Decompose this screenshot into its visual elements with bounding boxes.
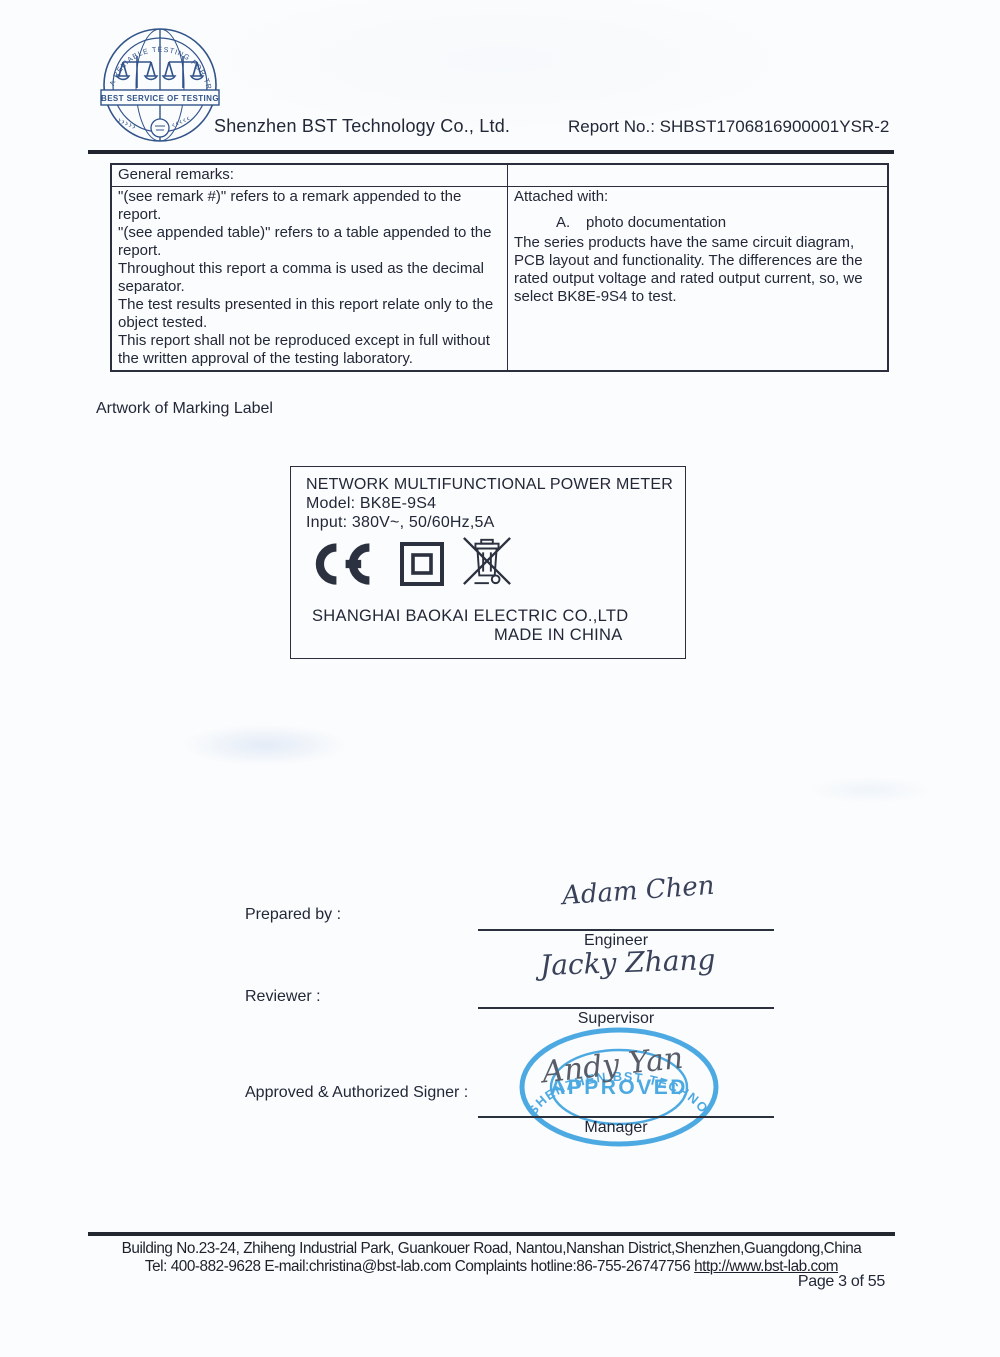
- bst-scales-emblem-icon: A RELIABLE TESTING FOR TRUST: [95, 24, 225, 146]
- class-ii-double-square-icon: [400, 542, 444, 591]
- remark-line: The test results presented in this repor…: [118, 296, 501, 332]
- prepared-by-label: Prepared by :: [245, 906, 341, 924]
- attached-with-cell: Attached with: A.photo documentation The…: [508, 187, 889, 372]
- logo-arc-text: A RELIABLE TESTING FOR TRUST: [95, 24, 214, 91]
- artwork-heading: Artwork of Marking Label: [96, 400, 273, 418]
- certification-icons-row: [306, 542, 685, 594]
- marking-label-box: NETWORK MULTIFUNCTIONAL POWER METER Mode…: [290, 466, 686, 659]
- svg-text:A RELIABLE TESTING FOR TRUST: A RELIABLE TESTING FOR TRUST: [95, 24, 214, 91]
- footer-address: Building No.23-24, Zhiheng Industrial Pa…: [88, 1240, 895, 1258]
- attached-with-label: Attached with:: [514, 188, 881, 206]
- header-rule: [88, 150, 894, 154]
- remarks-header-empty-cell: [508, 164, 889, 187]
- general-remarks-body: "(see remark #)" refers to a remark appe…: [111, 187, 508, 372]
- remark-line: Throughout this report a comma is used a…: [118, 260, 501, 296]
- general-remarks-table: General remarks: "(see remark #)" refers…: [110, 163, 889, 372]
- label-input: Input: 380V~, 50/60Hz,5A: [306, 513, 685, 532]
- logo-banner-text: BEST SERVICE OF TESTING: [101, 94, 219, 103]
- remark-line: "(see appended table)" refers to a table…: [118, 224, 501, 260]
- page-number: Page 3 of 55: [88, 1273, 885, 1291]
- ce-mark-icon: [308, 539, 374, 594]
- attached-note: The series products have the same circui…: [514, 234, 881, 306]
- attached-item-text: photo documentation: [586, 214, 726, 231]
- report-page: A RELIABLE TESTING FOR TRUST: [0, 0, 1000, 1357]
- reviewer-signature: Jacky Zhang: [539, 943, 715, 982]
- attached-item: A.photo documentation: [556, 214, 881, 232]
- approver-signature-line: [478, 1116, 774, 1118]
- remark-line: "(see remark #)" refers to a remark appe…: [118, 188, 501, 224]
- report-number: Report No.: SHBST1706816900001YSR-2: [568, 117, 889, 137]
- svg-text:›››››: ›››››: [116, 115, 138, 132]
- footer-rule: [88, 1232, 895, 1236]
- label-company: SHANGHAI BAOKAI ELECTRIC CO.,LTD: [312, 607, 685, 626]
- weee-crossed-bin-icon: [461, 533, 513, 594]
- remark-line: This report shall not be reproduced exce…: [118, 332, 501, 368]
- label-model: Model: BK8E-9S4: [306, 494, 685, 513]
- prepared-signature: Adam Chen: [561, 871, 715, 912]
- label-title: NETWORK MULTIFUNCTIONAL POWER METER: [306, 475, 685, 494]
- attached-item-letter: A.: [556, 214, 586, 232]
- approver-role: Manager: [468, 1119, 764, 1137]
- reviewer-label: Reviewer :: [245, 988, 321, 1006]
- general-remarks-header: General remarks:: [111, 164, 508, 187]
- company-name: Shenzhen BST Technology Co., Ltd.: [214, 116, 510, 137]
- prepared-signature-line: [478, 929, 774, 931]
- reviewer-signature-line: [478, 1007, 774, 1009]
- label-origin: MADE IN CHINA: [494, 626, 685, 645]
- approver-label: Approved & Authorized Signer :: [245, 1084, 468, 1102]
